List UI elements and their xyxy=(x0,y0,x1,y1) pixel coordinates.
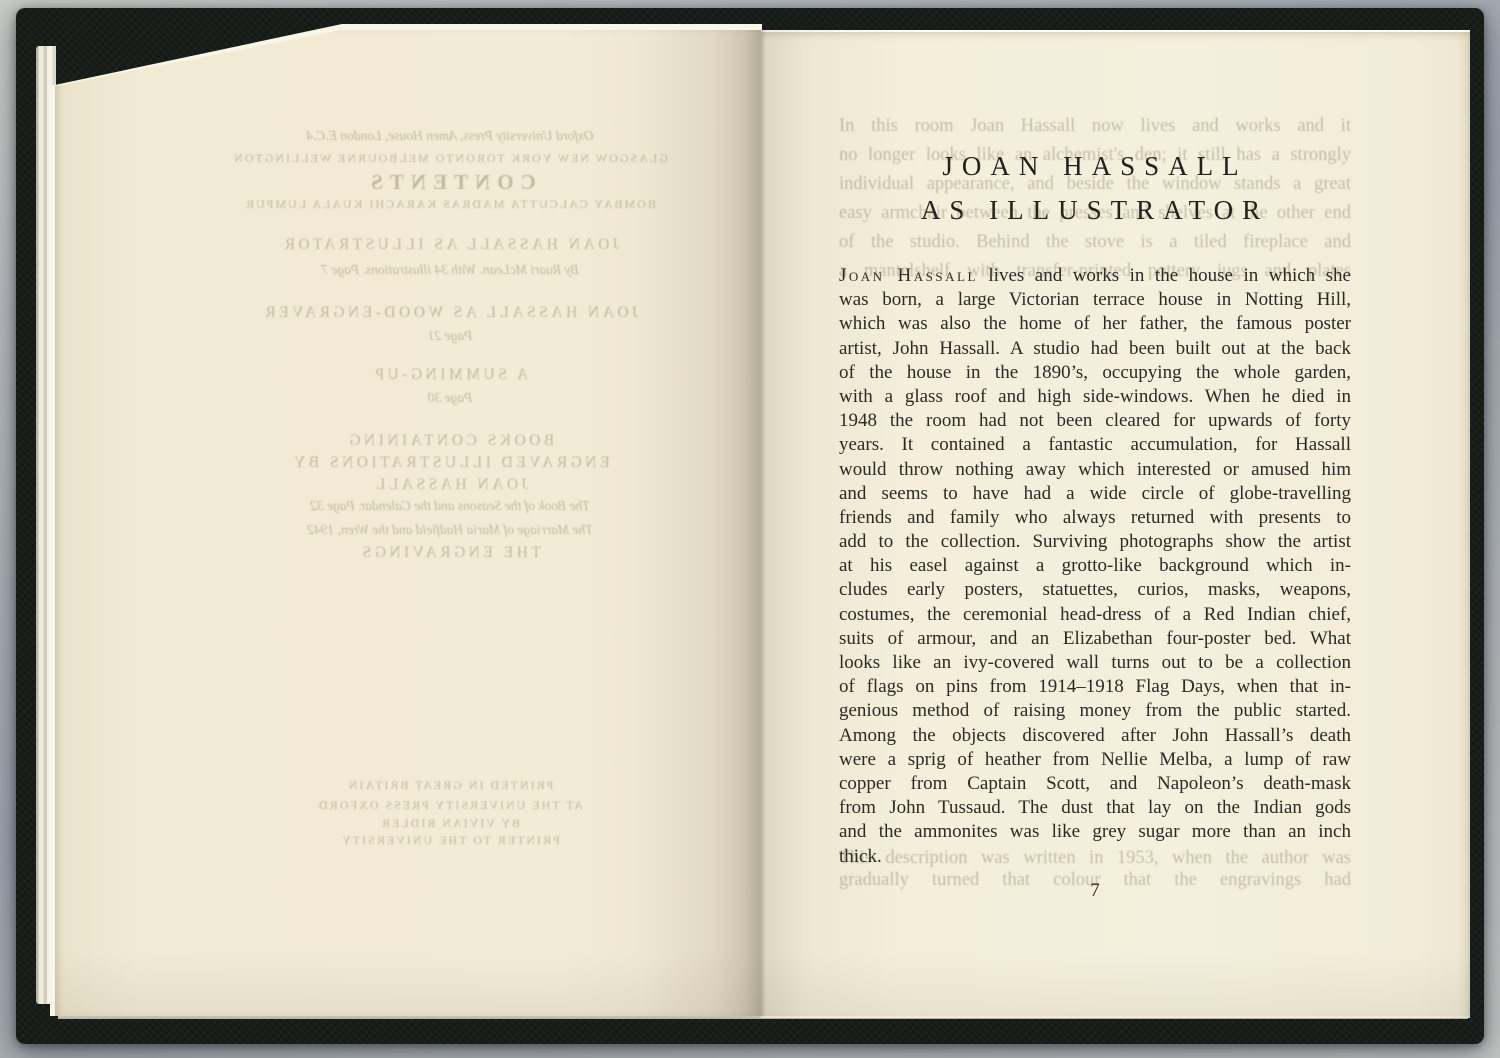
opener-rest: lives and works in the house in which sh… xyxy=(978,265,1351,286)
ghost-line-mirrored: JOAN HASSALL xyxy=(145,476,755,494)
body-line: suits of armour, and an Elizabethan four… xyxy=(839,627,1351,651)
body-line: friends and family who always returned w… xyxy=(839,506,1351,530)
chapter-title: JOAN HASSALL AS ILLUSTRATOR xyxy=(839,144,1351,232)
ghost-line-mirrored: The Book of the Seasons and the Calendar… xyxy=(145,498,755,514)
ghost-line-mirrored: CONTENTS xyxy=(145,170,755,195)
ghost-line-mirrored: JOAN HASSALL AS WOOD-ENGRAVER xyxy=(145,304,755,322)
chapter-title-line1: JOAN HASSALL xyxy=(839,144,1351,188)
opener-smallcaps: Joan Hassall xyxy=(839,265,978,286)
body-line: looks like an ivy-covered wall turns out… xyxy=(839,651,1351,675)
body-line: copper from Captain Scott, and Napoleon’… xyxy=(839,772,1351,796)
ghost-line: of the studio. Behind the stove is a til… xyxy=(839,232,1351,253)
body-line: of the house in the 1890’s, occupying th… xyxy=(839,361,1351,385)
left-blank-page: Oxford University Press, Amen House, Lon… xyxy=(55,30,761,1016)
body-line: would throw nothing away which intereste… xyxy=(839,458,1351,482)
body-line: and seems to have had a wide circle of g… xyxy=(839,482,1351,506)
body-line: artist, John Hassall. A studio had been … xyxy=(839,337,1351,361)
ghost-left-lines: Oxford University Press, Amen House, Lon… xyxy=(145,30,755,1016)
body-line: genious method of raising money from the… xyxy=(839,699,1351,723)
page-number: 7 xyxy=(839,880,1351,902)
ghost-line: In this room Joan Hassall now lives and … xyxy=(839,116,1351,137)
ghost-line-mirrored: THE ENGRAVINGS xyxy=(145,544,755,562)
right-text-page: In this room Joan Hassall now lives and … xyxy=(761,30,1470,1018)
ghost-line-mirrored: AT THE UNIVERSITY PRESS OXFORD xyxy=(145,798,755,813)
book-photo-scene: Oxford University Press, Amen House, Lon… xyxy=(0,0,1500,1058)
ghost-line-mirrored: BY VIVIAN RIDLER xyxy=(145,816,755,831)
body-line: years. It contained a fantastic accumula… xyxy=(839,433,1351,457)
ghost-line-mirrored: BOOKS CONTAINING xyxy=(145,432,755,450)
body-line: at his easel against a grotto-like backg… xyxy=(839,554,1351,578)
body-line-first: Joan Hassall lives and works in the hous… xyxy=(839,264,1351,288)
chapter-title-line2: AS ILLUSTRATOR xyxy=(839,188,1351,232)
ghost-line-mirrored: BOMBAY CALCUTTA MADRAS KARACHI KUALA LUM… xyxy=(145,197,755,212)
ghost-line-mirrored: JOAN HASSALL AS ILLUSTRATOR xyxy=(145,236,755,254)
ghost-line-mirrored: ENGRAVED ILLUSTRATIONS BY xyxy=(145,454,755,472)
body-line: 1948 the room had not been cleared for u… xyxy=(839,409,1351,433)
ghost-line-mirrored: PRINTER TO THE UNIVERSITY xyxy=(145,833,755,848)
body-line: with a glass roof and high side-windows.… xyxy=(839,385,1351,409)
body-line: Among the objects discovered after John … xyxy=(839,724,1351,748)
body-line: costumes, the ceremonial head-dress of a… xyxy=(839,603,1351,627)
ghost-line-mirrored: PRINTED IN GREAT BRITAIN xyxy=(145,778,755,793)
ghost-line-mirrored: Page 30 xyxy=(145,390,755,406)
ghost-line-mirrored: Page 21 xyxy=(145,328,755,344)
body-line: were a sprig of heather from Nellie Melb… xyxy=(839,748,1351,772)
ghost-line-mirrored: By Ruari McLean. With 34 illustrations. … xyxy=(145,262,755,278)
ghost-line-mirrored: Oxford University Press, Amen House, Lon… xyxy=(145,128,755,144)
ghost-line-mirrored: A SUMMING-UP xyxy=(145,366,755,384)
body-line: add to the collection. Surviving photogr… xyxy=(839,530,1351,554)
ghost-line-mirrored: The Marriage of Maria Hadfield and the W… xyxy=(145,522,755,538)
body-line: thick. xyxy=(839,845,1351,869)
body-line: and the ammonites was like grey sugar mo… xyxy=(839,820,1351,844)
body-line: cludes early posters, statuettes, curios… xyxy=(839,578,1351,602)
body-line: was born, a large Victorian terrace hous… xyxy=(839,288,1351,312)
body-line: of flags on pins from 1914–1918 Flag Day… xyxy=(839,675,1351,699)
body-lines: Joan Hassall lives and works in the hous… xyxy=(839,264,1351,869)
body-line: from John Tussaud. The dust that lay on … xyxy=(839,796,1351,820)
body-line: which was also the home of her father, t… xyxy=(839,312,1351,336)
ghost-line-mirrored: GLASGOW NEW YORK TORONTO MELBOURNE WELLI… xyxy=(145,151,755,166)
